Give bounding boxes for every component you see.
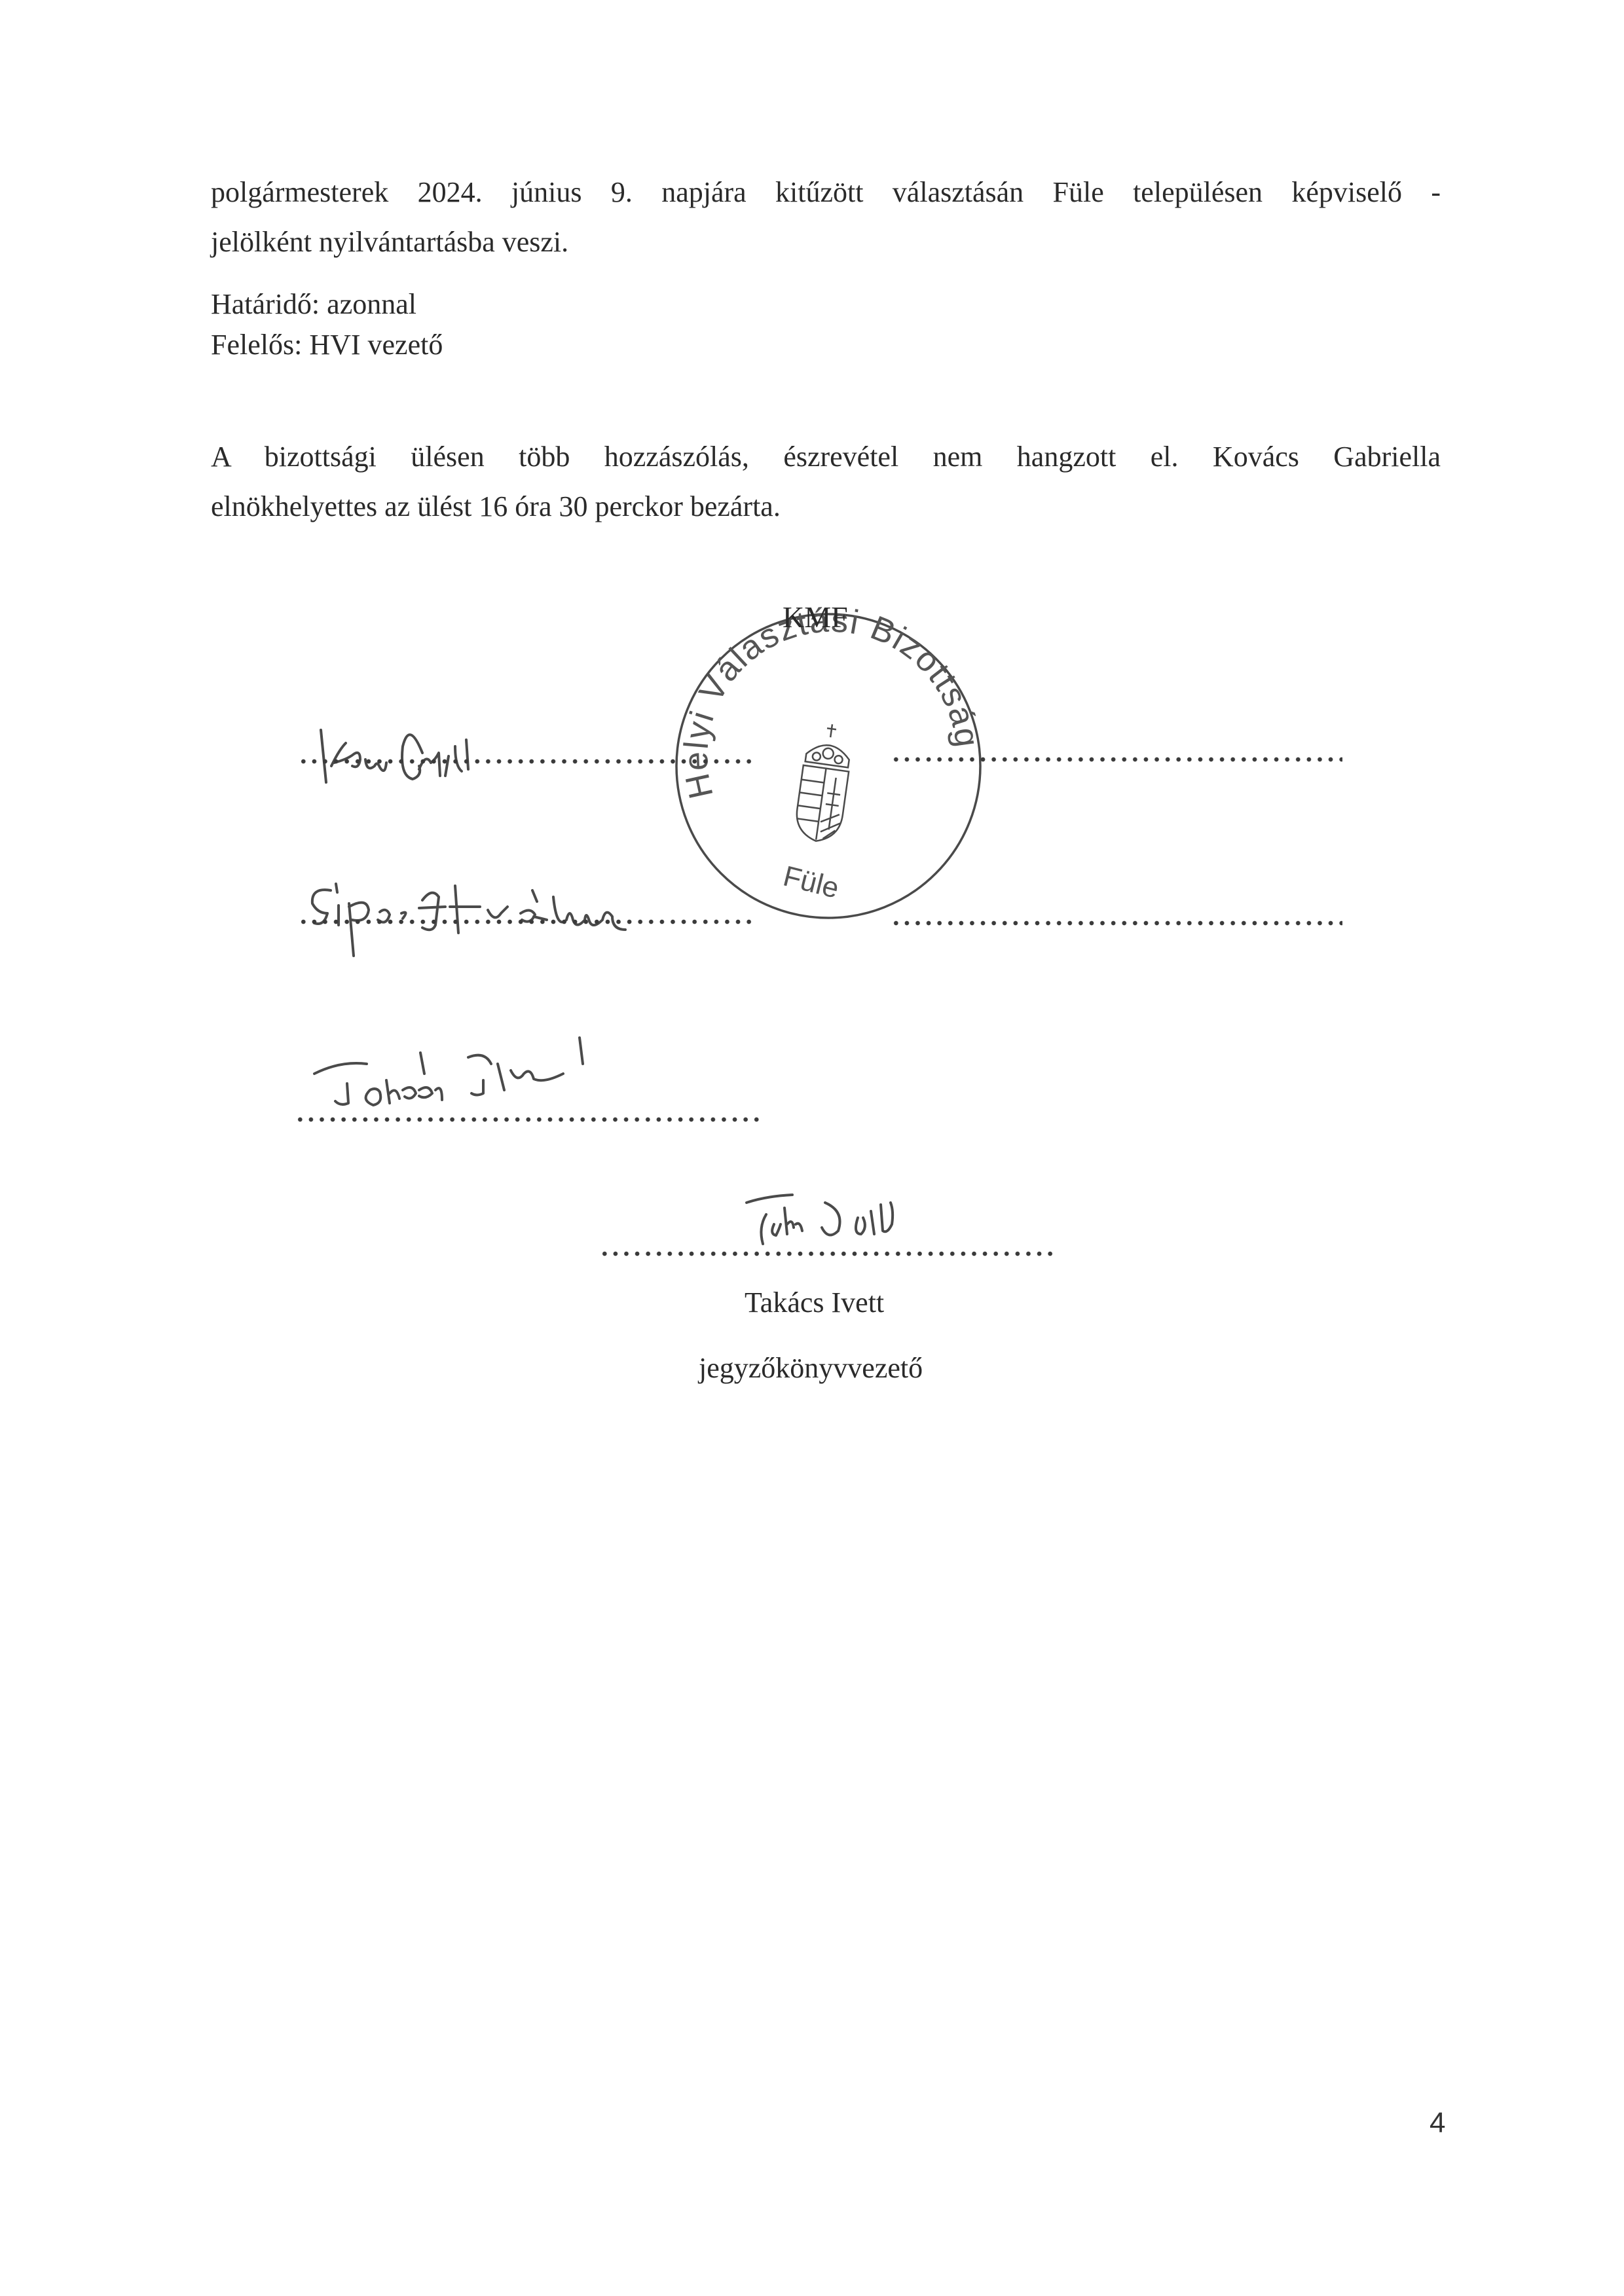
kmf-label: KMF [783, 602, 848, 632]
signature-line-2-left [298, 919, 756, 925]
stamp-bottom-text: Füle [780, 860, 842, 905]
responsible-text: Felelős: HVI vezető [211, 331, 443, 359]
recorder-name: Takács Ivett [745, 1288, 884, 1317]
signature-tamas-ilona [308, 1028, 674, 1113]
signature-line-2-right [891, 920, 1342, 926]
recorder-signature-line [599, 1250, 1058, 1257]
closing-text-line-1: A bizottsági ülésen több hozzászólás, és… [211, 443, 1441, 471]
signature-takacs-ivett [740, 1188, 950, 1260]
deadline-text: Határidő: azonnal [211, 290, 416, 319]
signature-kovacs-gabriella [314, 714, 524, 786]
resolution-text-line-2: jelölként nyilvántartásba veszi. [211, 228, 568, 257]
svg-text:Füle: Füle [780, 860, 842, 905]
signature-line-1-left [298, 758, 756, 765]
coat-of-arms-icon [793, 721, 855, 844]
resolution-text-line-1: polgármesterek 2024. június 9. napjára k… [211, 178, 1441, 207]
page-number: 4 [1430, 2107, 1445, 2140]
signature-line-3 [295, 1116, 760, 1123]
signature-line-1-right [891, 756, 1342, 763]
closing-text-line-2: elnökhelyettes az ülést 16 óra 30 percko… [211, 492, 781, 521]
recorder-role: jegyzőkönyvvezető [699, 1354, 923, 1383]
